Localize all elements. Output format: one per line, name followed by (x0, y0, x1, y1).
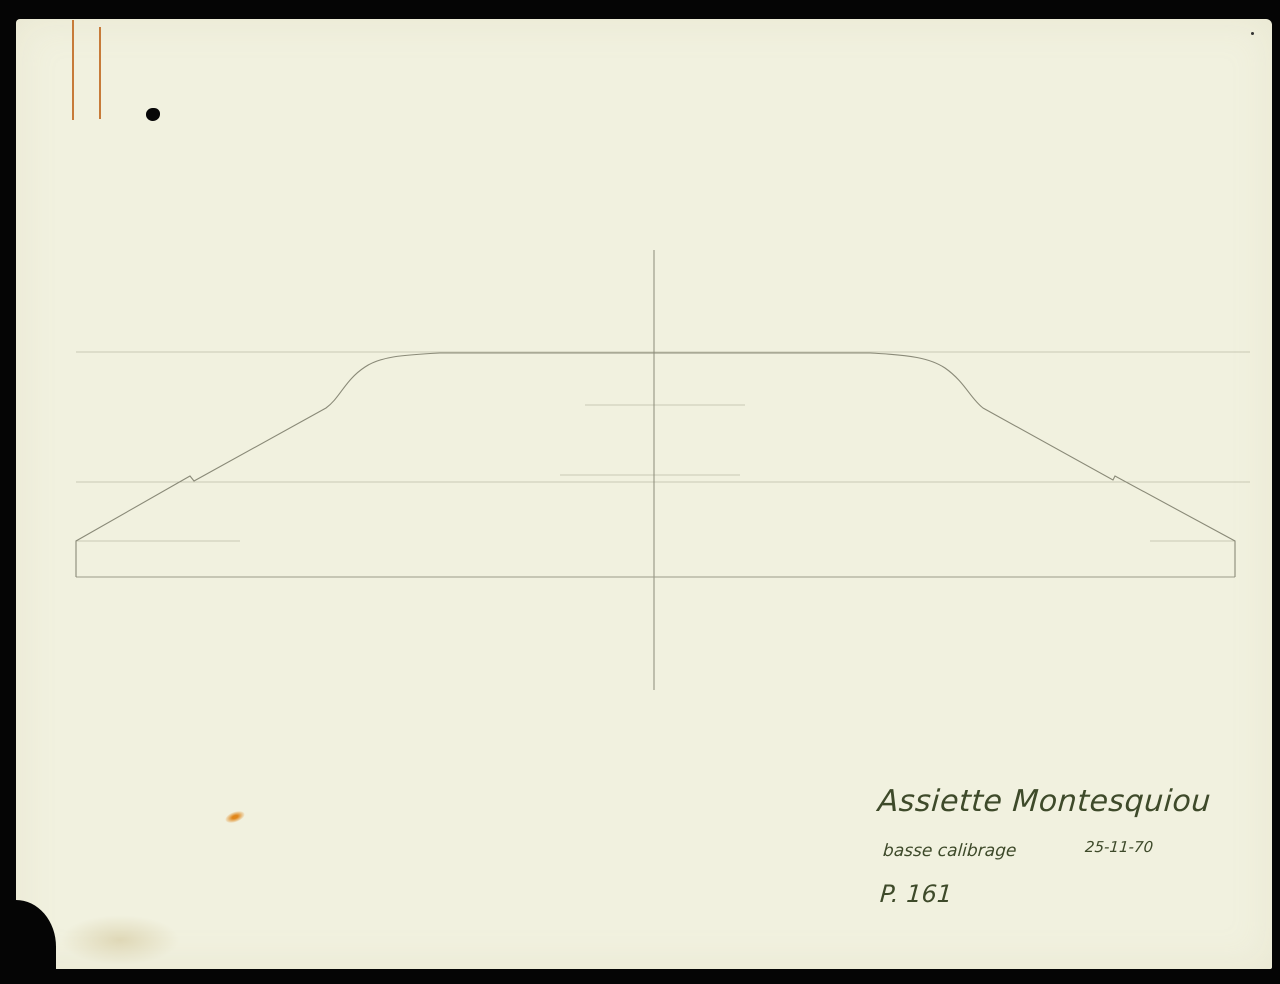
plate-profile-line (76, 353, 1235, 577)
construction-lines (76, 352, 1250, 541)
drawing-date: 25-11-70 (1084, 838, 1153, 856)
page-reference: P. 161 (879, 880, 953, 908)
plate-profile-drawing (0, 0, 1280, 984)
drawing-subtitle: basse calibrage (882, 841, 1017, 861)
drawing-title: Assiette Montesquiou (877, 784, 1212, 819)
